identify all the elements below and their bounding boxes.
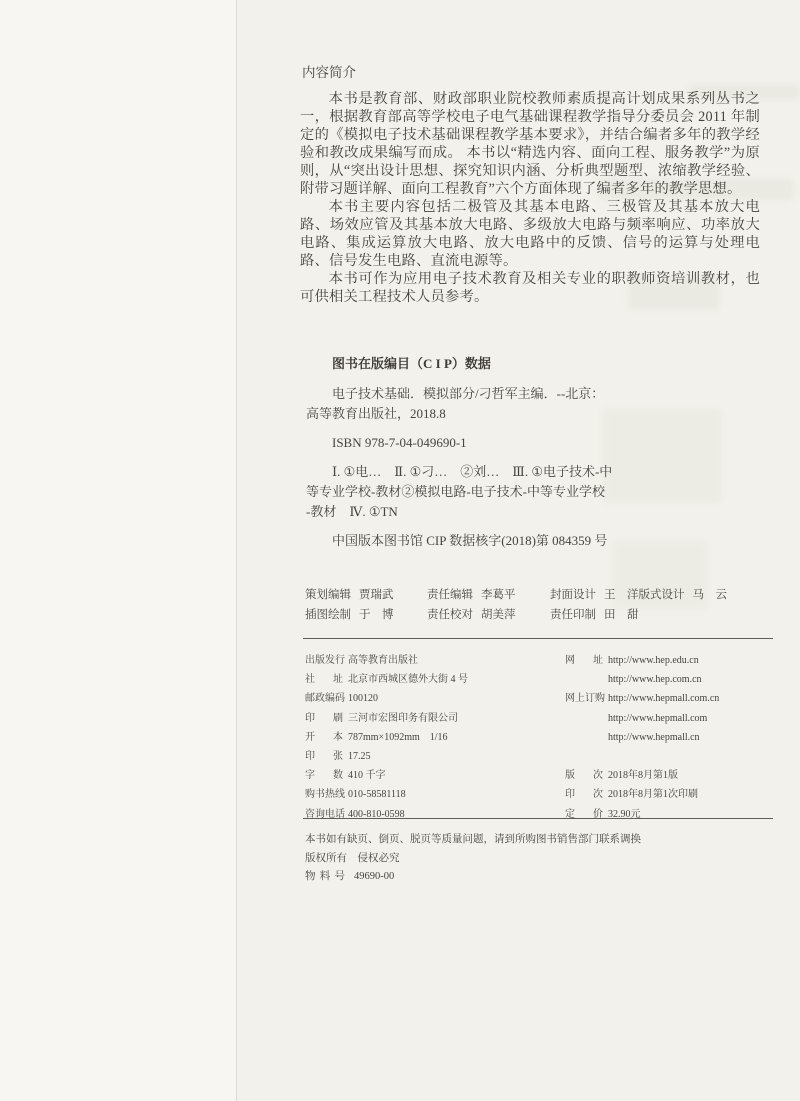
publishing-info-value: 北京市西城区德外大街 4 号 [348,674,468,685]
cip-line: 中国版本图书馆 CIP 数据核字(2018)第 084359 号 [306,531,651,551]
publishing-info-label: 邮政编码 [305,689,343,708]
publishing-info-value: http://www.hep.edu.cn [608,655,699,666]
publishing-info-row: 网上订购http://www.hepmall.com.cn [565,689,719,708]
publishing-info-row: 印次2018年8月第1次印刷 [565,785,719,804]
publishing-info-value: 2018年8月第1版 [608,770,678,781]
credit-person-name: 王 洋 [604,589,639,601]
publishing-info-row: 社址北京市西城区德外大街 4 号 [305,670,468,689]
credit-person-name: 李葛平 [481,589,516,601]
publishing-info-value: http://www.hepmall.com.cn [608,693,719,704]
cip-lines: 电子技术基础．模拟部分/刁哲军主编．--北京： 高等教育出版社，2018.8 I… [306,384,651,551]
credit-person-name: 贾瑞武 [359,589,394,601]
footer-note-text: 版权所有 侵权必究 [305,853,400,864]
publishing-info-value: 高等教育出版社 [348,655,418,666]
publishing-info-left-column: 出版发行高等教育出版社 社址北京市西城区德外大街 4 号 邮政编码100120 … [305,651,468,824]
credit-person-name: 于 博 [359,609,394,621]
publishing-info-row: 版次2018年8月第1版 [565,766,719,785]
publishing-info-row [565,747,719,766]
publishing-info-value: 010-58581118 [348,789,406,800]
publishing-info-value: 三河市宏图印务有限公司 [348,713,458,724]
publishing-info-label: 印刷 [305,709,343,728]
publishing-info-value: http://www.hepmall.cn [608,732,700,743]
credit-item: 责任印制田 甜 [550,605,639,625]
publishing-info-right-column: 网址http://www.hep.edu.cn http://www.hep.c… [565,651,719,824]
footer-note-line: 物料号49690-00 [305,868,775,887]
publishing-info-row: 开本787mm×1092mm 1/16 [305,728,468,747]
publishing-info-label: 咨询电话 [305,805,343,824]
publishing-info-label: 购书热线 [305,785,343,804]
cip-line: 高等教育出版社，2018.8 [306,404,651,424]
credit-person-name: 田 甜 [604,609,639,621]
credit-item: 策划编辑贾瑞武 [305,585,427,605]
publishing-info-label: 版次 [565,766,603,785]
footer-note-line: 版权所有 侵权必究 [305,850,775,869]
publishing-info-label: 印次 [565,785,603,804]
credit-item: 插图绘制于 博 [305,605,427,625]
publishing-info-label: 网上订购 [565,689,603,708]
credit-role-label: 责任校对 [427,609,473,621]
credit-item: 责任校对胡美萍 [427,605,550,625]
cip-line: -教材 Ⅳ. ①TN [306,502,651,522]
publishing-info-row: http://www.hep.com.cn [565,670,719,689]
staff-credits-section: 策划编辑贾瑞武 责任编辑李葛平 封面设计王 洋 版式设计马 云 插图绘制于 博 … [305,585,775,625]
footer-note-text: 本书如有缺页、倒页、脱页等质量问题，请到所购图书销售部门联系调换 [305,834,641,845]
cip-data-section: 图书在版编目（C I P）数据 电子技术基础．模拟部分/刁哲军主编．--北京： … [306,354,651,551]
credit-role-label: 封面设计 [550,589,596,601]
publishing-info-value: 2018年8月第1次印刷 [608,789,698,800]
publishing-info-row: 出版发行高等教育出版社 [305,651,468,670]
cip-line: ISBN 978-7-04-049690-1 [306,433,651,453]
credits-row-2: 插图绘制于 博 责任校对胡美萍 责任印制田 甜 [305,605,775,625]
page-fold-edge [0,0,237,1101]
publishing-info-row: http://www.hepmall.com [565,709,719,728]
content-summary-paragraph: 本书可作为应用电子技术教育及相关专业的职教师资培训教材，也可供相关工程技术人员参… [300,270,760,306]
publishing-info-value: http://www.hep.com.cn [608,674,702,685]
footer-note-text: 49690-00 [354,871,394,882]
credit-role-label: 版式设计 [639,589,685,601]
content-summary-paragraphs: 本书是教育部、财政部职业院校教师素质提高计划成果系列丛书之一，根据教育部高等学校… [300,90,760,306]
publishing-info-row: http://www.hepmall.cn [565,728,719,747]
credit-person-name: 胡美萍 [481,609,516,621]
publishing-info-value: http://www.hepmall.com [608,713,707,724]
divider-rule-top [303,638,773,639]
publishing-info-label: 开本 [305,728,343,747]
credit-role-label: 责任编辑 [427,589,473,601]
publishing-info-value: 410 千字 [348,770,386,781]
publishing-info-label: 字数 [305,766,343,785]
credit-item: 版式设计马 云 [639,585,728,605]
footer-note-line: 本书如有缺页、倒页、脱页等质量问题，请到所购图书销售部门联系调换 [305,831,775,850]
publishing-info-label: 印张 [305,747,343,766]
publishing-info-label: 社址 [305,670,343,689]
publishing-info-row: 购书热线010-58581118 [305,785,468,804]
publishing-info-value: 100120 [348,693,378,704]
content-summary-heading: 内容简介 [302,64,760,82]
book-copyright-page: 内容简介 本书是教育部、财政部职业院校教师素质提高计划成果系列丛书之一，根据教育… [0,0,800,1101]
credit-role-label: 插图绘制 [305,609,351,621]
content-summary-paragraph: 本书是教育部、财政部职业院校教师素质提高计划成果系列丛书之一，根据教育部高等学校… [300,90,760,198]
cip-line: 等专业学校-教材②模拟电路-电子技术-中等专业学校 [306,482,651,502]
content-summary-paragraph: 本书主要内容包括二极管及其基本电路、三极管及其基本放大电路、场效应管及其基本放大… [300,198,760,270]
publishing-info-value: 17.25 [348,751,371,762]
publishing-info-row: 邮政编码100120 [305,689,468,708]
divider-rule-bottom [303,818,773,819]
publishing-info-row: 咨询电话400-810-0598 [305,805,468,824]
publishing-info-label: 出版发行 [305,651,343,670]
cip-line: 电子技术基础．模拟部分/刁哲军主编．--北京： [306,384,651,404]
credit-item: 封面设计王 洋 [550,585,639,605]
credit-role-label: 策划编辑 [305,589,351,601]
credit-item: 责任编辑李葛平 [427,585,550,605]
publishing-info-row: 印张17.25 [305,747,468,766]
publishing-info-label: 定价 [565,805,603,824]
publishing-info-row: 网址http://www.hep.edu.cn [565,651,719,670]
publishing-info-row: 定价32.90元 [565,805,719,824]
cip-line: Ⅰ. ①电… Ⅱ. ①刁… ②刘… Ⅲ. ①电子技术-中 [306,462,651,482]
publishing-info-value: 787mm×1092mm 1/16 [348,732,448,743]
credit-person-name: 马 云 [693,589,728,601]
publishing-info-row: 字数410 千字 [305,766,468,785]
credits-row-1: 策划编辑贾瑞武 责任编辑李葛平 封面设计王 洋 版式设计马 云 [305,585,775,605]
footer-note-label: 物料号 [305,868,345,887]
credit-role-label: 责任印制 [550,609,596,621]
publishing-info-row: 印刷三河市宏图印务有限公司 [305,709,468,728]
publishing-info-label: 网址 [565,651,603,670]
content-summary-section: 内容简介 本书是教育部、财政部职业院校教师素质提高计划成果系列丛书之一，根据教育… [300,64,760,306]
cip-title: 图书在版编目（C I P）数据 [306,354,651,374]
footer-notes-section: 本书如有缺页、倒页、脱页等质量问题，请到所购图书销售部门联系调换 版权所有 侵权… [305,831,775,887]
